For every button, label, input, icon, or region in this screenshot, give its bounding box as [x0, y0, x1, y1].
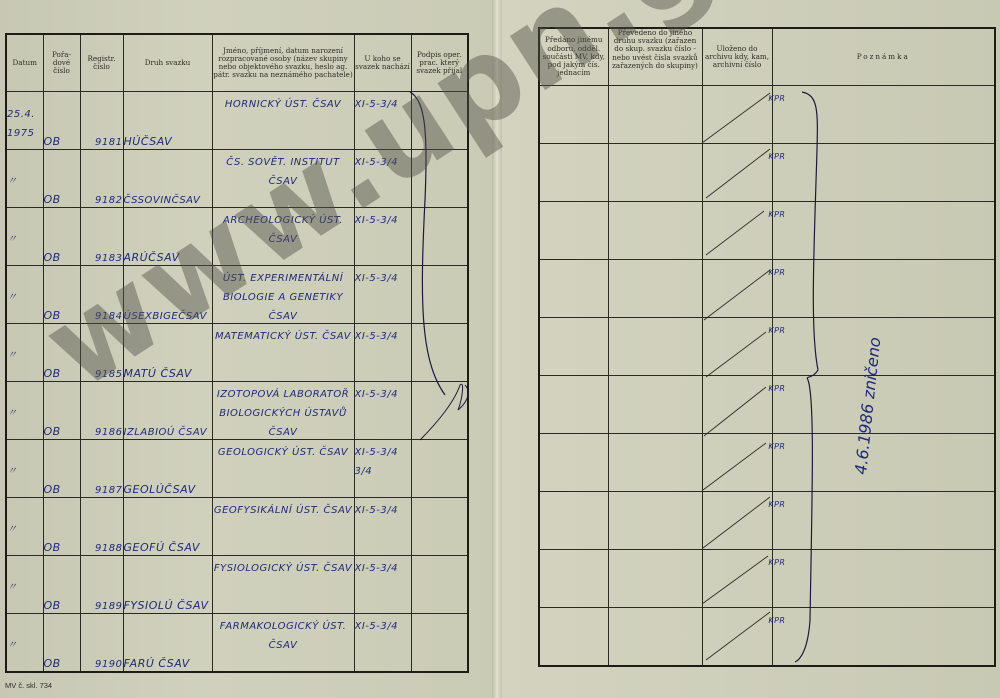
- cell-podpis: [411, 614, 468, 673]
- cell-jmeno: MATEMATICKÝ ÚST. ČSAV: [212, 324, 354, 382]
- header-datum: Datum: [6, 34, 43, 92]
- table-row: 〃 OB 9187 GEOLÚČSAV GEOLOGICKÝ ÚST. ČSAV…: [6, 440, 468, 498]
- cell-druh: ČSSOVINČSAV: [123, 150, 212, 208]
- form-code: MV č. skl. 734: [5, 681, 52, 690]
- cell-poradove: OB: [43, 498, 80, 556]
- cell-ulozeno: KPR: [702, 376, 772, 434]
- cell-poradove: OB: [43, 440, 80, 498]
- table-row: KPR: [539, 202, 995, 260]
- cell-poznamka: [772, 376, 995, 434]
- cell-druh: GEOFÚ ČSAV: [123, 498, 212, 556]
- left-ledger-table: Datum Pořa-dové číslo Registr. číslo Dru…: [5, 33, 469, 673]
- book-gutter: [492, 0, 502, 698]
- cell-predano: [539, 318, 608, 376]
- cell-druh: HÚČSAV: [123, 92, 212, 150]
- cell-jmeno: GEOLOGICKÝ ÚST. ČSAV: [212, 440, 354, 498]
- cell-poradove: OB: [43, 150, 80, 208]
- cell-u-koho: XI-5-3/4: [354, 614, 411, 673]
- table-row: 〃 OB 9188 GEOFÚ ČSAV GEOFYSIKÁLNÍ ÚST. Č…: [6, 498, 468, 556]
- cell-u-koho: XI-5-3/4: [354, 382, 411, 440]
- header-u-koho: U koho se svazek nachází: [354, 34, 411, 92]
- cell-poradove: OB: [43, 92, 80, 150]
- table-row: KPR: [539, 492, 995, 550]
- cell-datum: 〃: [6, 208, 43, 266]
- table-row: KPR: [539, 144, 995, 202]
- cell-ulozeno: KPR: [702, 550, 772, 608]
- cell-u-koho: XI-5-3/4: [354, 208, 411, 266]
- cell-prevedeno: [608, 202, 702, 260]
- cell-predano: [539, 260, 608, 318]
- cell-poradove: OB: [43, 382, 80, 440]
- cell-prevedeno: [608, 86, 702, 144]
- cell-prevedeno: [608, 260, 702, 318]
- table-row: KPR: [539, 608, 995, 667]
- cell-jmeno: IZOTOPOVÁ LABORATOŘ BIOLOGICKÝCH ÚSTAVŮ …: [212, 382, 354, 440]
- cell-poradove: OB: [43, 614, 80, 673]
- cell-prevedeno: [608, 318, 702, 376]
- cell-podpis: [411, 266, 468, 324]
- cell-druh: IZLABIOÚ ČSAV: [123, 382, 212, 440]
- cell-poznamka: [772, 550, 995, 608]
- cell-jmeno: ARCHEOLOGICKÝ ÚST. ČSAV: [212, 208, 354, 266]
- cell-u-koho: XI-5-3/4: [354, 92, 411, 150]
- cell-podpis: [411, 440, 468, 498]
- cell-predano: [539, 550, 608, 608]
- cell-jmeno: GEOFYSIKÁLNÍ ÚST. ČSAV: [212, 498, 354, 556]
- cell-prevedeno: [608, 376, 702, 434]
- cell-predano: [539, 434, 608, 492]
- cell-podpis: [411, 382, 468, 440]
- cell-ulozeno: KPR: [702, 260, 772, 318]
- cell-u-koho: XI-5-3/4: [354, 150, 411, 208]
- header-podpis: Podpis oper. prac. který svazek přijal: [411, 34, 468, 92]
- cell-predano: [539, 492, 608, 550]
- cell-datum: 〃: [6, 556, 43, 614]
- cell-poznamka: [772, 492, 995, 550]
- cell-predano: [539, 608, 608, 667]
- cell-prevedeno: [608, 492, 702, 550]
- cell-poznamka: [772, 318, 995, 376]
- cell-ulozeno: KPR: [702, 202, 772, 260]
- right-ledger-table: Předáno jinému odboru, odděl. součásti M…: [538, 27, 996, 667]
- cell-registr: 9182: [80, 150, 123, 208]
- cell-poradove: OB: [43, 208, 80, 266]
- cell-druh: FYSIOLÚ ČSAV: [123, 556, 212, 614]
- cell-jmeno: ÚST. EXPERIMENTÁLNÍ BIOLOGIE A GENETIKY …: [212, 266, 354, 324]
- cell-druh: MATÚ ČSAV: [123, 324, 212, 382]
- cell-podpis: [411, 498, 468, 556]
- right-header-row: Předáno jinému odboru, odděl. součásti M…: [539, 28, 995, 86]
- cell-registr: 9181: [80, 92, 123, 150]
- cell-prevedeno: [608, 608, 702, 667]
- cell-ulozeno: KPR: [702, 492, 772, 550]
- cell-registr: 9190: [80, 614, 123, 673]
- cell-poznamka: [772, 202, 995, 260]
- table-row: 25.4. 1975 OB 9181 HÚČSAV HORNICKÝ ÚST. …: [6, 92, 468, 150]
- cell-registr: 9184: [80, 266, 123, 324]
- cell-poznamka: [772, 260, 995, 318]
- cell-datum: 〃: [6, 266, 43, 324]
- cell-jmeno: HORNICKÝ ÚST. ČSAV: [212, 92, 354, 150]
- cell-ulozeno: KPR: [702, 608, 772, 667]
- cell-predano: [539, 202, 608, 260]
- left-header-row: Datum Pořa-dové číslo Registr. číslo Dru…: [6, 34, 468, 92]
- header-ulozeno: Uloženo do archivu kdy, kam, archivní čí…: [702, 28, 772, 86]
- cell-datum: 〃: [6, 150, 43, 208]
- cell-datum: 〃: [6, 440, 43, 498]
- cell-predano: [539, 86, 608, 144]
- table-row: 〃 OB 9184 ÚSEXBIGEČSAV ÚST. EXPERIMENTÁL…: [6, 266, 468, 324]
- table-row: 〃 OB 9183 ARÚČSAV ARCHEOLOGICKÝ ÚST. ČSA…: [6, 208, 468, 266]
- cell-prevedeno: [608, 144, 702, 202]
- cell-prevedeno: [608, 550, 702, 608]
- cell-registr: 9188: [80, 498, 123, 556]
- cell-jmeno: ČS. SOVĚT. INSTITUT ČSAV: [212, 150, 354, 208]
- cell-ulozeno: KPR: [702, 86, 772, 144]
- cell-registr: 9186: [80, 382, 123, 440]
- cell-poznamka: [772, 144, 995, 202]
- cell-podpis: [411, 324, 468, 382]
- cell-datum: 〃: [6, 382, 43, 440]
- cell-jmeno: FARMAKOLOGICKÝ ÚST. ČSAV: [212, 614, 354, 673]
- header-jmeno: Jméno, příjmení, datum narození rozpraco…: [212, 34, 354, 92]
- table-row: 〃 OB 9185 MATÚ ČSAV MATEMATICKÝ ÚST. ČSA…: [6, 324, 468, 382]
- cell-poznamka: [772, 608, 995, 667]
- table-row: KPR: [539, 376, 995, 434]
- cell-podpis: [411, 208, 468, 266]
- cell-predano: [539, 376, 608, 434]
- cell-datum: 〃: [6, 614, 43, 673]
- table-row: KPR: [539, 318, 995, 376]
- cell-u-koho: XI-5-3/4: [354, 324, 411, 382]
- cell-u-koho: XI-5-3/4: [354, 266, 411, 324]
- header-predano: Předáno jinému odboru, odděl. součásti M…: [539, 28, 608, 86]
- cell-jmeno: FYSIOLOGICKÝ ÚST. ČSAV: [212, 556, 354, 614]
- cell-u-koho: XI-5-3/4: [354, 498, 411, 556]
- table-row: KPR: [539, 86, 995, 144]
- header-prevedeno: Převedeno do jiného druhu svazku (zařaze…: [608, 28, 702, 86]
- cell-poradove: OB: [43, 556, 80, 614]
- cell-druh: FARÚ ČSAV: [123, 614, 212, 673]
- cell-datum: 25.4. 1975: [6, 92, 43, 150]
- cell-poradove: OB: [43, 324, 80, 382]
- header-druh-svazku: Druh svazku: [123, 34, 212, 92]
- cell-predano: [539, 144, 608, 202]
- cell-podpis: [411, 556, 468, 614]
- cell-poznamka: [772, 434, 995, 492]
- cell-registr: 9185: [80, 324, 123, 382]
- cell-u-koho: XI-5-3/4 3/4: [354, 440, 411, 498]
- cell-registr: 9187: [80, 440, 123, 498]
- cell-u-koho: XI-5-3/4: [354, 556, 411, 614]
- cell-datum: 〃: [6, 498, 43, 556]
- header-poznamka: Poznámka: [772, 28, 995, 86]
- cell-registr: 9183: [80, 208, 123, 266]
- header-registr-cislo: Registr. číslo: [80, 34, 123, 92]
- cell-registr: 9189: [80, 556, 123, 614]
- header-poradove-cislo: Pořa-dové číslo: [43, 34, 80, 92]
- cell-poradove: OB: [43, 266, 80, 324]
- table-row: KPR: [539, 260, 995, 318]
- table-row: 〃 OB 9182 ČSSOVINČSAV ČS. SOVĚT. INSTITU…: [6, 150, 468, 208]
- table-row: KPR: [539, 434, 995, 492]
- cell-ulozeno: KPR: [702, 434, 772, 492]
- cell-podpis: [411, 150, 468, 208]
- table-row: 〃 OB 9186 IZLABIOÚ ČSAV IZOTOPOVÁ LABORA…: [6, 382, 468, 440]
- cell-ulozeno: KPR: [702, 144, 772, 202]
- cell-druh: GEOLÚČSAV: [123, 440, 212, 498]
- cell-druh: ÚSEXBIGEČSAV: [123, 266, 212, 324]
- cell-prevedeno: [608, 434, 702, 492]
- cell-datum: 〃: [6, 324, 43, 382]
- cell-druh: ARÚČSAV: [123, 208, 212, 266]
- cell-podpis: [411, 92, 468, 150]
- cell-poznamka: [772, 86, 995, 144]
- table-row: 〃 OB 9190 FARÚ ČSAV FARMAKOLOGICKÝ ÚST. …: [6, 614, 468, 673]
- table-row: 〃 OB 9189 FYSIOLÚ ČSAV FYSIOLOGICKÝ ÚST.…: [6, 556, 468, 614]
- cell-ulozeno: KPR: [702, 318, 772, 376]
- table-row: KPR: [539, 550, 995, 608]
